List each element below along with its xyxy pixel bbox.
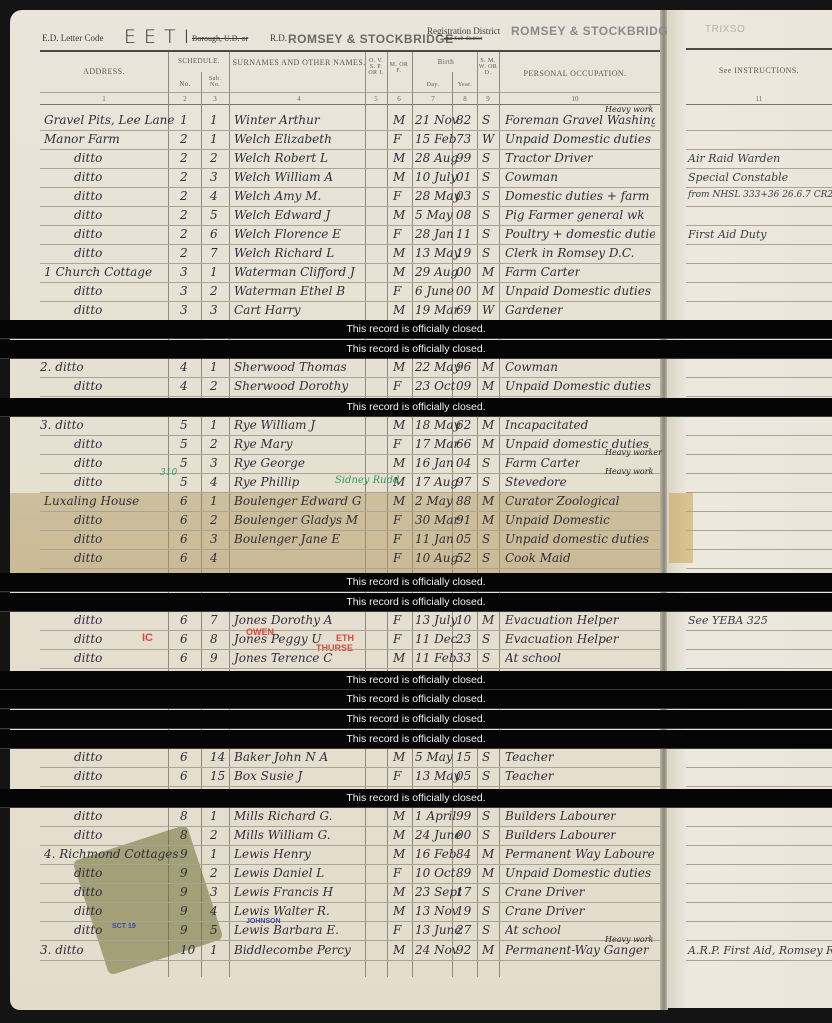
- cell-occupation: Unpaid domestic duties: [505, 532, 649, 546]
- col-occupation: PERSONAL OCCUPATION.: [500, 69, 650, 78]
- cell-birth-day: 10 Aug: [415, 551, 458, 565]
- cell-birth-day: 22 May: [415, 360, 460, 374]
- cell-address: 3. ditto: [40, 418, 84, 432]
- cell-birth-year: 96: [456, 360, 471, 374]
- cell-sex: M: [393, 847, 405, 861]
- cell-address: ditto: [74, 189, 102, 203]
- col-num-11: 11: [686, 95, 832, 103]
- closed-record-bar: This record is officially closed.: [0, 671, 832, 690]
- closed-record-bar: This record is officially closed.: [0, 710, 832, 729]
- cell-address: ditto: [74, 828, 102, 842]
- cell-sex: F: [393, 866, 401, 880]
- cell-occupation: Unpaid Domestic duties: [505, 866, 651, 880]
- col-status: S. M. W. or D.: [478, 58, 498, 76]
- cell-marital-status: S: [482, 151, 490, 165]
- cell-marital-status: S: [482, 189, 490, 203]
- cell-schedule-no: 10: [180, 943, 195, 957]
- census-row: Luxaling House61Boulenger Edward GM2 May…: [0, 493, 660, 512]
- cell-sex: M: [393, 456, 405, 470]
- cell-marital-status: S: [482, 246, 490, 260]
- cell-birth-year: 10: [456, 613, 471, 627]
- cell-birth-day: 1 April: [415, 809, 456, 823]
- cell-schedule-subno: 7: [210, 613, 218, 627]
- cell-schedule-subno: 3: [210, 885, 218, 899]
- cell-name: Box Susie J: [234, 769, 302, 783]
- cell-occupation: Gardener: [505, 303, 563, 317]
- cell-sex: F: [393, 189, 401, 203]
- cell-birth-year: 82: [456, 113, 471, 127]
- cell-birth-day: 2 May: [415, 494, 453, 508]
- census-row: 3. ditto101Biddlecombe PercyM24 Nov92MPe…: [0, 942, 660, 961]
- cell-birth-day: 13 July: [415, 613, 457, 627]
- cell-birth-day: 28 Aug: [415, 151, 458, 165]
- census-row: 4. Richmond Cottages91Lewis HenryM16 Feb…: [0, 846, 660, 865]
- sub-district-label: and Sub-district: [444, 36, 482, 42]
- cell-schedule-no: 5: [180, 437, 188, 451]
- col-num-10: 10: [500, 95, 650, 103]
- cell-occupation: Stevedore: [505, 475, 567, 489]
- cell-schedule-no: 2: [180, 208, 188, 222]
- cell-birth-year: 08: [456, 208, 471, 222]
- cell-schedule-subno: 15: [210, 769, 225, 783]
- cell-marital-status: M: [482, 494, 494, 508]
- cell-sex: M: [393, 208, 405, 222]
- cell-address: ditto: [74, 885, 102, 899]
- cell-address: ditto: [74, 750, 102, 764]
- name-annotation: Sidney Rudd: [335, 475, 399, 486]
- instructions-note: A.R.P. First Aid, Romsey R: [688, 944, 832, 957]
- cell-birth-day: 19 Mar: [415, 303, 459, 317]
- cell-birth-year: 84: [456, 847, 471, 861]
- cell-marital-status: W: [482, 132, 494, 146]
- cell-sex: M: [393, 113, 405, 127]
- cell-birth-year: 04: [456, 456, 471, 470]
- cell-address: ditto: [74, 651, 102, 665]
- cell-address: ditto: [74, 923, 102, 937]
- cell-sex: M: [393, 303, 405, 317]
- cell-birth-year: 33: [456, 651, 471, 665]
- col-num-7: 7: [414, 95, 452, 103]
- cell-name: Winter Arthur: [234, 113, 320, 127]
- cell-schedule-subno: 3: [210, 303, 218, 317]
- cell-birth-day: 18 May: [415, 418, 460, 432]
- cell-name: Rye George: [234, 456, 305, 470]
- cell-schedule-no: 2: [180, 132, 188, 146]
- cell-schedule-no: 2: [180, 170, 188, 184]
- census-row: ditto615Box Susie JF13 May05STeacher: [0, 768, 660, 787]
- cell-schedule-subno: 1: [210, 418, 218, 432]
- occupation-annotation: Heavy worker: [605, 448, 662, 457]
- cell-schedule-no: 6: [180, 494, 188, 508]
- cell-birth-day: 24 June: [415, 828, 461, 842]
- cell-schedule-subno: 3: [210, 456, 218, 470]
- cell-sex: F: [393, 551, 401, 565]
- cell-address: 4. Richmond Cottages: [44, 847, 179, 861]
- census-row: ditto25Welch Edward JM5 May08SPig Farmer…: [0, 207, 660, 226]
- cell-sex: F: [393, 632, 401, 646]
- cell-schedule-no: 6: [180, 551, 188, 565]
- cell-schedule-no: 6: [180, 532, 188, 546]
- cell-sex: F: [393, 513, 401, 527]
- cell-birth-day: 13 May: [415, 246, 460, 260]
- closed-record-bar: This record is officially closed.: [0, 730, 832, 749]
- cell-schedule-no: 6: [180, 750, 188, 764]
- closed-record-bar: This record is officially closed.: [0, 573, 832, 592]
- cell-occupation: Teacher: [505, 769, 554, 783]
- cell-address: ditto: [74, 284, 102, 298]
- cell-name: Rye William J: [234, 418, 315, 432]
- cell-marital-status: S: [482, 904, 490, 918]
- cell-address: 3. ditto: [40, 943, 84, 957]
- cell-birth-day: 11 Jan: [415, 532, 454, 546]
- cell-occupation: Foreman Gravel Washing: [505, 113, 655, 127]
- registration-district-value: ROMSEY & STOCKBRIDG: [511, 24, 668, 38]
- cell-birth-year: 91: [456, 513, 471, 527]
- cell-birth-year: 05: [456, 769, 471, 783]
- cell-birth-day: 16 Jan: [415, 456, 454, 470]
- cell-address: ditto: [74, 809, 102, 823]
- cell-sex: M: [393, 151, 405, 165]
- instructions-note: Special Constable: [688, 171, 788, 184]
- cell-schedule-no: 6: [180, 632, 188, 646]
- cell-birth-year: 97: [456, 475, 471, 489]
- cell-schedule-subno: 2: [210, 379, 218, 393]
- cell-birth-year: 00: [456, 265, 471, 279]
- cell-occupation: Crane Driver: [505, 904, 585, 918]
- cell-schedule-subno: 2: [210, 151, 218, 165]
- cell-birth-day: 13 June: [415, 923, 461, 937]
- census-row: ditto63Boulenger Jane EF11 Jan05SUnpaid …: [0, 531, 660, 550]
- cell-name: Welch Richard L: [234, 246, 334, 260]
- cell-sex: M: [393, 170, 405, 184]
- cell-birth-day: 17 Mar: [415, 437, 459, 451]
- cell-schedule-no: 3: [180, 265, 188, 279]
- cell-birth-day: 10 Oct: [415, 866, 455, 880]
- red-annotation: ETH: [336, 633, 354, 643]
- ed-letter-code-value: EETI: [124, 26, 197, 48]
- cell-birth-day: 28 Jan: [415, 227, 454, 241]
- cell-birth-year: 19: [456, 904, 471, 918]
- cell-address: ditto: [74, 437, 102, 451]
- cell-marital-status: S: [482, 475, 490, 489]
- cell-sex: F: [393, 532, 401, 546]
- cell-marital-status: S: [482, 532, 490, 546]
- cell-birth-year: 17: [456, 885, 471, 899]
- cell-occupation: Cowman: [505, 360, 558, 374]
- cell-marital-status: S: [482, 651, 490, 665]
- cell-schedule-subno: 2: [210, 513, 218, 527]
- cell-schedule-no: 9: [180, 885, 188, 899]
- cell-birth-year: 92: [456, 943, 471, 957]
- cell-birth-day: 17 Aug: [415, 475, 458, 489]
- cell-marital-status: S: [482, 923, 490, 937]
- col-num-1: 1: [44, 95, 164, 103]
- cell-marital-status: M: [482, 360, 494, 374]
- cell-address: ditto: [74, 532, 102, 546]
- cell-name: Rye Phillip: [234, 475, 299, 489]
- cell-schedule-subno: 4: [210, 189, 218, 203]
- cell-schedule-subno: 5: [210, 923, 218, 937]
- cell-birth-day: 5 May: [415, 208, 453, 222]
- cell-occupation: Unpaid Domestic duties: [505, 379, 651, 393]
- cell-marital-status: M: [482, 265, 494, 279]
- cell-occupation: Pig Farmer general wk: [505, 208, 645, 222]
- census-row: ditto95Lewis Barbara E.F13 June27SAt sch…: [0, 922, 660, 941]
- cell-address: ditto: [74, 769, 102, 783]
- cell-birth-year: 03: [456, 189, 471, 203]
- col-schedule-no: No.: [170, 80, 200, 88]
- cell-schedule-no: 1: [180, 113, 188, 127]
- cell-schedule-subno: 5: [210, 208, 218, 222]
- census-row: ditto93Lewis Francis HM23 Sept17SCrane D…: [0, 884, 660, 903]
- cell-occupation: Permanent Way Labourer: [505, 847, 655, 861]
- water-stain-right: [669, 493, 693, 563]
- cell-occupation: At school: [505, 651, 561, 665]
- cell-name: Sherwood Thomas: [234, 360, 347, 374]
- cell-marital-status: M: [482, 866, 494, 880]
- census-row: ditto52Rye MaryF17 Mar66MUnpaid domestic…: [0, 436, 660, 455]
- cell-schedule-subno: 3: [210, 170, 218, 184]
- col-schedule: SCHEDULE.: [170, 57, 228, 65]
- cell-marital-status: M: [482, 284, 494, 298]
- cell-schedule-subno: 4: [210, 551, 218, 565]
- cell-marital-status: S: [482, 170, 490, 184]
- instructions-note: See YEBA 325: [688, 614, 768, 627]
- cell-address: ditto: [74, 475, 102, 489]
- cell-schedule-subno: 14: [210, 750, 225, 764]
- cell-marital-status: S: [482, 632, 490, 646]
- cell-schedule-subno: 1: [210, 494, 218, 508]
- cell-marital-status: S: [482, 885, 490, 899]
- cell-schedule-no: 6: [180, 769, 188, 783]
- cell-name: Welch Robert L: [234, 151, 328, 165]
- cell-occupation: Evacuation Helper: [505, 613, 619, 627]
- cell-sex: F: [393, 379, 401, 393]
- cell-marital-status: M: [482, 847, 494, 861]
- cell-schedule-no: 8: [180, 828, 188, 842]
- cell-name: Lewis Walter R.: [234, 904, 330, 918]
- cell-address: ditto: [74, 227, 102, 241]
- col-num-5: 5: [366, 95, 386, 103]
- cell-name: Boulenger Gladys M: [234, 513, 358, 527]
- cell-birth-day: 11 Dec: [415, 632, 458, 646]
- closed-record-bar: This record is officially closed.: [0, 690, 832, 709]
- cell-schedule-no: 2: [180, 189, 188, 203]
- cell-address: Luxaling House: [44, 494, 139, 508]
- census-row: ditto42Sherwood DorothyF23 Oct09MUnpaid …: [0, 378, 660, 397]
- cell-birth-year: 62: [456, 418, 471, 432]
- cell-address: ditto: [74, 632, 102, 646]
- cell-sex: F: [393, 923, 401, 937]
- name-annotation: OWEN: [246, 627, 274, 637]
- cell-schedule-subno: 2: [210, 437, 218, 451]
- cell-birth-day: 15 Feb: [415, 132, 457, 146]
- cell-sex: F: [393, 132, 401, 146]
- cell-address: 2. ditto: [40, 360, 84, 374]
- cell-address: ditto: [74, 379, 102, 393]
- cell-birth-year: 99: [456, 151, 471, 165]
- cell-sex: M: [393, 904, 405, 918]
- cell-address: ditto: [74, 866, 102, 880]
- col-ovspi: O. V. S. P. or I.: [366, 58, 386, 76]
- cell-sex: M: [393, 360, 405, 374]
- cell-address: ditto: [74, 513, 102, 527]
- cell-schedule-subno: 1: [210, 265, 218, 279]
- census-row: ditto53Rye GeorgeM16 Jan04SFarm CarterHe…: [0, 455, 660, 474]
- cell-name: Lewis Francis H: [234, 885, 333, 899]
- cell-birth-year: 05: [456, 532, 471, 546]
- census-row: ditto67Jones Dorothy AF13 July10MEvacuat…: [0, 612, 660, 631]
- instructions-note: from NHSL 333+36 26.6.7 CR271: [688, 190, 832, 200]
- col-num-4: 4: [232, 95, 366, 103]
- cell-birth-day: 29 Aug: [415, 265, 458, 279]
- cell-name: Welch Amy M.: [234, 189, 321, 203]
- cell-schedule-subno: 7: [210, 246, 218, 260]
- col-sex: M. or F.: [388, 62, 410, 74]
- cell-schedule-subno: 4: [210, 904, 218, 918]
- col-num-9: 9: [478, 95, 498, 103]
- cell-name: Rye Mary: [234, 437, 292, 451]
- cell-schedule-no: 6: [180, 613, 188, 627]
- cell-schedule-no: 2: [180, 227, 188, 241]
- cell-schedule-subno: 1: [210, 113, 218, 127]
- cell-marital-status: S: [482, 769, 490, 783]
- cell-schedule-subno: 4: [210, 475, 218, 489]
- cell-name: Jones Dorothy A: [234, 613, 332, 627]
- cell-address: ditto: [74, 613, 102, 627]
- cell-birth-year: 01: [456, 170, 471, 184]
- cell-sex: M: [393, 651, 405, 665]
- cell-marital-status: S: [482, 456, 490, 470]
- cell-birth-year: 11: [456, 227, 471, 241]
- cell-birth-day: 23 Sept: [415, 885, 462, 899]
- cell-address: ditto: [74, 551, 102, 565]
- cell-sex: F: [393, 769, 401, 783]
- cell-occupation: Tractor Driver: [505, 151, 593, 165]
- cell-name: Jones Terence C: [234, 651, 332, 665]
- census-row: ditto32Waterman Ethel BF6 June00MUnpaid …: [0, 283, 660, 302]
- cell-name: Sherwood Dorothy: [234, 379, 348, 393]
- cell-name: Mills William G.: [234, 828, 331, 842]
- cell-birth-year: 00: [456, 828, 471, 842]
- cell-address: ditto: [74, 208, 102, 222]
- census-row: ditto26Welch Florence EF28 Jan11SPoultry…: [0, 226, 660, 245]
- cell-occupation: Unpaid Domestic duties: [505, 132, 651, 146]
- census-row: ditto68Jones Peggy UF11 Dec23SEvacuation…: [0, 631, 660, 650]
- cell-birth-day: 13 May: [415, 769, 460, 783]
- cell-schedule-subno: 1: [210, 943, 218, 957]
- cell-sex: F: [393, 437, 401, 451]
- ed-letter-code-label: E.D. Letter Code: [42, 33, 103, 43]
- census-row: 1 Church Cottage31Waterman Clifford JM29…: [0, 264, 660, 283]
- cell-name: Welch Florence E: [234, 227, 341, 241]
- cell-marital-status: M: [482, 943, 494, 957]
- col-birth-year: Year.: [452, 82, 478, 88]
- cell-birth-day: 16 Feb: [415, 847, 457, 861]
- name-annotation: JOHNSON: [246, 918, 281, 925]
- cell-address: ditto: [74, 456, 102, 470]
- cell-birth-year: 88: [456, 494, 471, 508]
- cell-birth-day: 10 July: [415, 170, 457, 184]
- cell-name: Mills Richard G.: [234, 809, 332, 823]
- cell-birth-year: 15: [456, 750, 471, 764]
- cell-occupation: Domestic duties + farm: [505, 189, 649, 203]
- rd-label: R.D.: [270, 33, 287, 43]
- cell-birth-year: 00: [456, 284, 471, 298]
- cell-schedule-subno: 1: [210, 809, 218, 823]
- cell-schedule-subno: 1: [210, 132, 218, 146]
- cell-schedule-no: 8: [180, 809, 188, 823]
- cell-marital-status: M: [482, 613, 494, 627]
- census-row: ditto62Boulenger Gladys MF30 Mar91MUnpai…: [0, 512, 660, 531]
- cell-birth-day: 6 June: [415, 284, 454, 298]
- cell-name: Waterman Clifford J: [234, 265, 355, 279]
- cell-name: Welch Edward J: [234, 208, 330, 222]
- cell-birth-day: 23 Oct: [415, 379, 455, 393]
- cell-birth-year: 52: [456, 551, 471, 565]
- closed-record-bar: This record is officially closed.: [0, 593, 832, 612]
- cell-sex: M: [393, 418, 405, 432]
- closed-record-bar: This record is officially closed.: [0, 320, 832, 339]
- cell-address: Manor Farm: [44, 132, 120, 146]
- cell-address: ditto: [74, 151, 102, 165]
- cell-schedule-no: 9: [180, 904, 188, 918]
- cell-schedule-no: 6: [180, 513, 188, 527]
- col-birth: Birth: [414, 58, 478, 66]
- cell-schedule-subno: 1: [210, 847, 218, 861]
- cell-birth-year: 09: [456, 379, 471, 393]
- cell-marital-status: S: [482, 809, 490, 823]
- cell-schedule-no: 2: [180, 246, 188, 260]
- cell-sex: M: [393, 885, 405, 899]
- census-row: ditto92Lewis Daniel LF10 Oct89MUnpaid Do…: [0, 865, 660, 884]
- col-num-6: 6: [388, 95, 410, 103]
- cell-marital-status: S: [482, 227, 490, 241]
- cell-occupation: Builders Labourer: [505, 828, 616, 842]
- cell-name: Lewis Daniel L: [234, 866, 324, 880]
- registration-district-label: Registration District: [427, 26, 500, 36]
- col-birth-day: Day.: [414, 82, 452, 88]
- col-num-3: 3: [203, 95, 227, 103]
- cell-name: Welch Elizabeth: [234, 132, 332, 146]
- cell-birth-year: 73: [456, 132, 471, 146]
- cell-sex: F: [393, 613, 401, 627]
- cell-name: Welch William A: [234, 170, 333, 184]
- cell-schedule-subno: 3: [210, 532, 218, 546]
- occupation-annotation: Heavy work: [605, 105, 653, 114]
- census-row: ditto24Welch Amy M.F28 May03SDomestic du…: [0, 188, 660, 207]
- census-row: ditto94Lewis Walter R.M13 Nov19SCrane Dr…: [0, 903, 660, 922]
- margin-annotation: 310: [160, 468, 177, 478]
- cell-address: ditto: [74, 170, 102, 184]
- cell-occupation: Builders Labourer: [505, 809, 616, 823]
- cell-occupation: Cowman: [505, 170, 558, 184]
- cell-schedule-no: 2: [180, 151, 188, 165]
- margin-annotation: IC: [142, 632, 153, 644]
- cell-birth-day: 13 Nov: [415, 904, 459, 918]
- col-address: ADDRESS.: [44, 67, 164, 76]
- census-row: 2. ditto41Sherwood ThomasM22 May96MCowma…: [0, 359, 660, 378]
- cell-birth-year: 99: [456, 809, 471, 823]
- cell-sex: M: [393, 828, 405, 842]
- cell-address: ditto: [74, 303, 102, 317]
- cell-occupation: Permanent-Way Ganger: [505, 943, 649, 957]
- cell-occupation: At school: [505, 923, 561, 937]
- col-surnames: SURNAMES AND OTHER NAMES.: [232, 58, 366, 67]
- cell-schedule-no: 9: [180, 866, 188, 880]
- cell-occupation: Crane Driver: [505, 885, 585, 899]
- census-row: ditto54Rye PhillipM17 Aug97SStevedoreHea…: [0, 474, 660, 493]
